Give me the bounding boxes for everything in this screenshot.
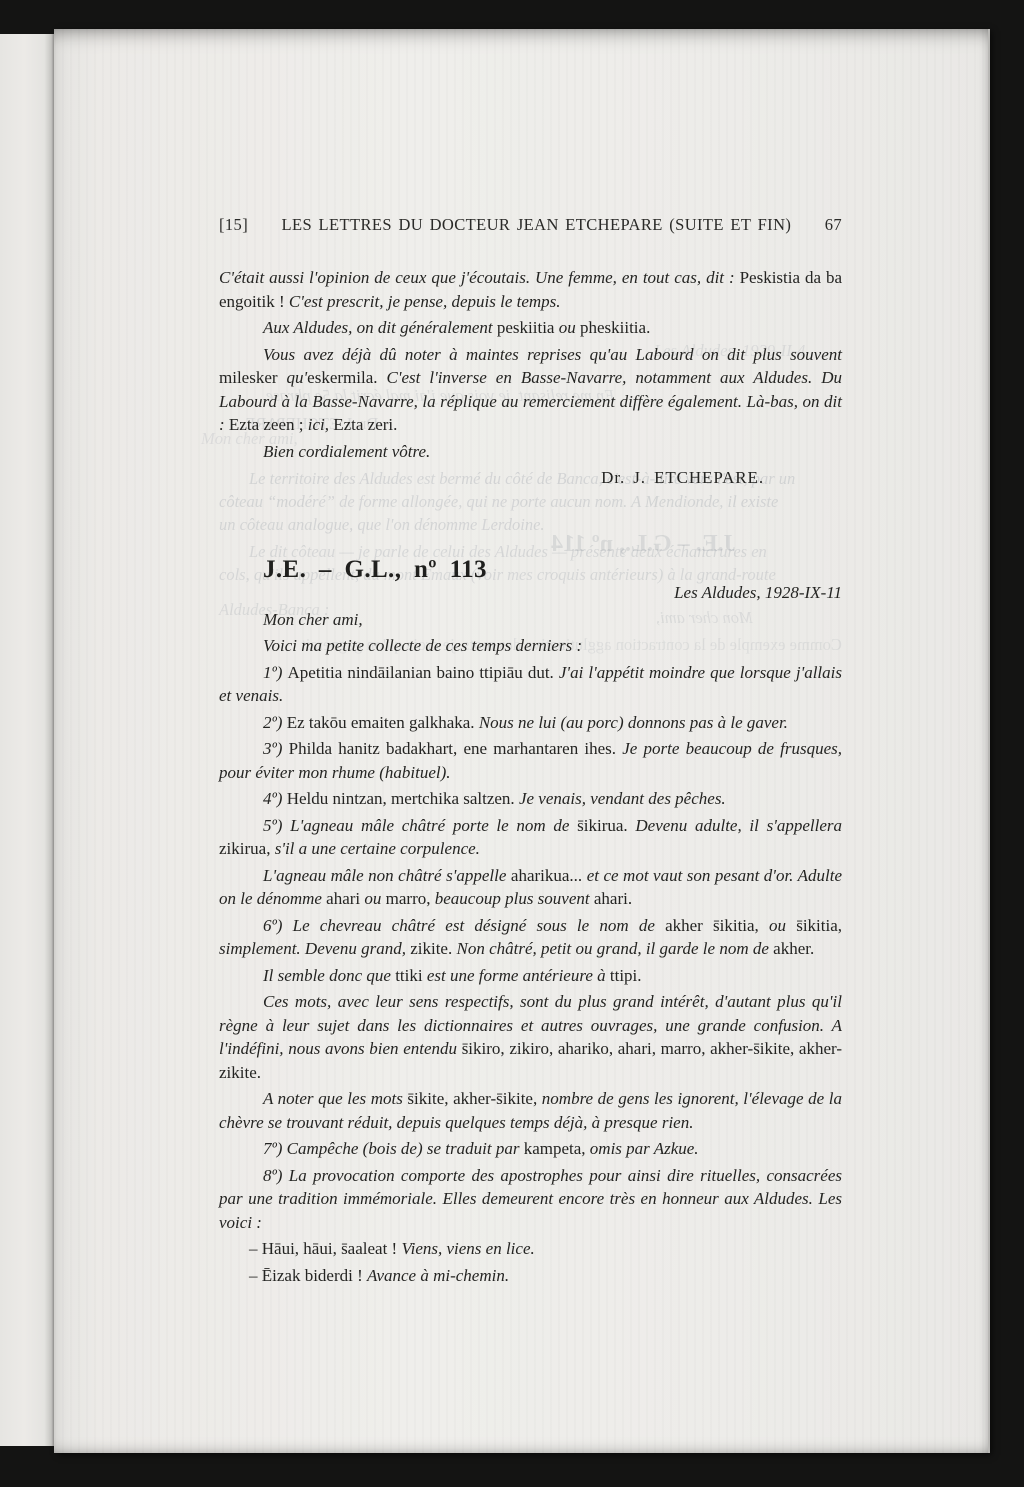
french-text: Je venais, vendant des pêches. [519, 789, 726, 808]
book-page: Les Aldudes, 1929-II-4En me relisant, je… [54, 29, 988, 1453]
paragraph: – Hāui, hāui, s̄aaleat ! Viens, viens en… [219, 1237, 842, 1261]
letter-signature: Dr. J. ETCHEPARE. [219, 466, 842, 490]
basque-term: aharikua... [511, 866, 587, 885]
french-text: Devenu adulte, il s'appellera [635, 816, 842, 835]
basque-term: pheskiitia. [580, 318, 650, 337]
basque-term: s̄ikirua. [577, 816, 635, 835]
basque-term: Philda hanitz badakhart, ene marhantaren… [289, 739, 623, 758]
basque-term: – Hāui, hāui, s̄aaleat ! [249, 1239, 401, 1258]
french-text: s'il a une certaine corpulence. [275, 839, 480, 858]
basque-term: kampeta, [524, 1139, 590, 1158]
paragraph: 1º) Apetitia nindāilanian baino ttipiāu … [219, 661, 842, 708]
french-text: ou [559, 318, 580, 337]
basque-term: ahari. [594, 889, 632, 908]
paragraph: 2º) Ez takōu emaiten galkhaka. Nous ne l… [219, 711, 842, 735]
paragraph: – Ēizak biderdi ! Avance à mi-chemin. [219, 1264, 842, 1288]
french-text: Il semble donc que [263, 966, 395, 985]
paragraph: Aux Aldudes, on dit généralement peskiit… [219, 316, 842, 340]
basque-term: Ezta zeri. [333, 415, 397, 434]
basque-term: Apetitia nindāilanian baino ttipiāu dut. [288, 663, 559, 682]
french-text: qu' [287, 368, 308, 387]
basque-term: ahari [326, 889, 364, 908]
french-text: Bien cordialement vôtre. [263, 442, 430, 461]
paragraph: C'était aussi l'opinion de ceux que j'éc… [219, 266, 842, 313]
scanned-book-photo: Les Aldudes, 1929-II-4En me relisant, je… [0, 0, 1024, 1487]
basque-term: akher. [773, 939, 814, 958]
paragraph: L'agneau mâle non châtré s'appelle ahari… [219, 864, 842, 911]
basque-term: ttiki [395, 966, 427, 985]
letter-113: J.E. – G.L., nº 113 Les Aldudes, 1928-IX… [219, 558, 842, 1288]
paragraph: 7º) Campêche (bois de) se traduit par ka… [219, 1137, 842, 1161]
french-text: ici, [308, 415, 334, 434]
french-text: est une forme antérieure à [427, 966, 610, 985]
basque-term: milesker [219, 368, 287, 387]
paragraph: Bien cordialement vôtre. [219, 440, 842, 464]
paragraph: A noter que les mots s̄ikite, akher-s̄ik… [219, 1087, 842, 1134]
french-text: omis par Azkue. [590, 1139, 699, 1158]
letter-112-end: C'était aussi l'opinion de ceux que j'éc… [219, 266, 842, 490]
french-text: Mon cher ami, [263, 610, 363, 629]
french-text: ou [364, 889, 385, 908]
letter-113-paragraphs: Mon cher ami,Voici ma petite collecte de… [219, 608, 842, 1288]
paragraph: 8º) La provocation comporte des apostrop… [219, 1164, 842, 1235]
french-text: Nous ne lui (au porc) donnons pas à le g… [479, 713, 788, 732]
paragraph: Mon cher ami, [219, 608, 842, 632]
text-block: C'était aussi l'opinion de ceux que j'éc… [219, 266, 842, 1290]
article-ref: [15] [219, 215, 248, 235]
french-text: Non châtré, petit ou grand, il garde le … [456, 939, 773, 958]
paragraph: Ces mots, avec leur sens respectifs, son… [219, 990, 842, 1084]
basque-term: peskiitia [497, 318, 559, 337]
french-text: 4º) [263, 789, 287, 808]
french-text: ou [769, 916, 796, 935]
paragraph: 6º) Le chevreau châtré est désigné sous … [219, 914, 842, 961]
french-text: 2º) [263, 713, 287, 732]
page-number: 67 [825, 215, 842, 235]
basque-term: zikirua, [219, 839, 275, 858]
basque-term: Heldu nintzan, mertchika saltzen. [287, 789, 519, 808]
french-text: C'était aussi l'opinion de ceux que j'éc… [219, 268, 740, 287]
french-text: L'agneau mâle non châtré s'appelle [263, 866, 511, 885]
paragraph: Voici ma petite collecte de ces temps de… [219, 634, 842, 658]
paragraph: 4º) Heldu nintzan, mertchika saltzen. Je… [219, 787, 842, 811]
french-text: Viens, viens en lice. [401, 1239, 534, 1258]
french-text: Avance à mi-chemin. [367, 1266, 509, 1285]
french-text: Vous avez déjà dû noter à maintes repris… [263, 345, 842, 364]
basque-term: s̄ikitia, [796, 916, 842, 935]
french-text: 5º) L'agneau mâle châtré porte le nom de [263, 816, 577, 835]
french-text: C'est prescrit, je pense, depuis le temp… [289, 292, 561, 311]
paragraph: 5º) L'agneau mâle châtré porte le nom de… [219, 814, 842, 861]
french-text: Voici ma petite collecte de ces temps de… [263, 636, 582, 655]
paragraph: Vous avez déjà dû noter à maintes repris… [219, 343, 842, 437]
basque-term: – Ēizak biderdi ! [249, 1266, 367, 1285]
letter-dateline: Les Aldudes, 1928-IX-11 [219, 581, 842, 605]
french-text: simplement. Devenu grand, [219, 939, 410, 958]
french-text: 1º) [263, 663, 288, 682]
french-text: 6º) Le chevreau châtré est désigné sous … [263, 916, 665, 935]
french-text: 8º) La provocation comporte des apostrop… [219, 1166, 842, 1232]
french-text: 3º) [263, 739, 289, 758]
basque-term: marro, [386, 889, 435, 908]
basque-term: akher s̄ikitia, [665, 916, 769, 935]
french-text: A noter que les mots [263, 1089, 407, 1108]
paragraph: Il semble donc que ttiki est une forme a… [219, 964, 842, 988]
left-page-edge [0, 34, 54, 1446]
basque-term: s̄ikite, akher-s̄ikite, [407, 1089, 541, 1108]
letter-112-paragraphs: C'était aussi l'opinion de ceux que j'éc… [219, 266, 842, 463]
french-text: beaucoup plus souvent [435, 889, 594, 908]
running-head: [15] LES LETTRES DU DOCTEUR JEAN ETCHEPA… [219, 215, 842, 235]
running-title: LES LETTRES DU DOCTEUR JEAN ETCHEPARE (S… [248, 215, 825, 235]
paragraph: 3º) Philda hanitz badakhart, ene marhant… [219, 737, 842, 784]
basque-term: ttipi. [610, 966, 642, 985]
letter-heading: J.E. – G.L., nº 113 [263, 558, 842, 582]
french-text: 7º) Campêche (bois de) se traduit par [263, 1139, 524, 1158]
basque-term: eskermila. [307, 368, 386, 387]
basque-term: zikite. [410, 939, 456, 958]
basque-term: Ez takōu emaiten galkhaka. [287, 713, 479, 732]
basque-term: Ezta zeen ; [229, 415, 308, 434]
french-text: Aux Aldudes, on dit généralement [263, 318, 497, 337]
